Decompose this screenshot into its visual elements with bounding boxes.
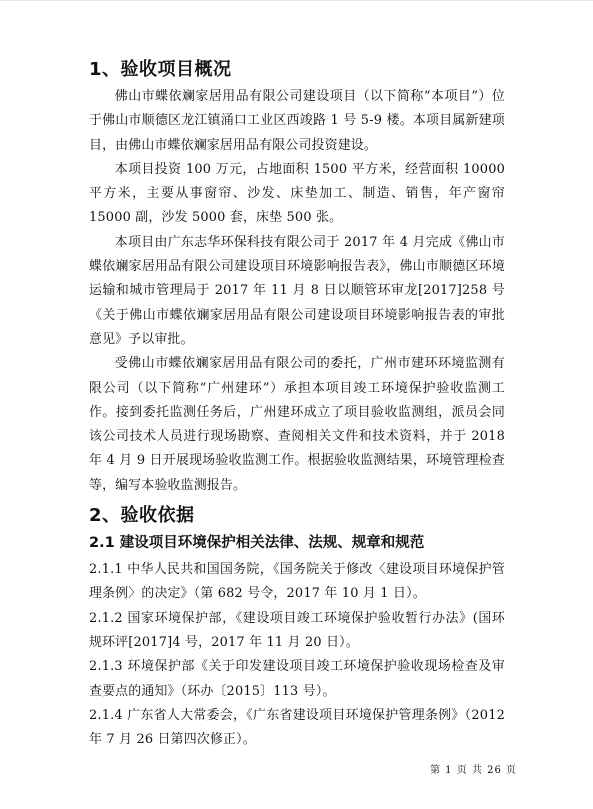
page-number-footer: 第 1 页 共 26 页	[430, 761, 517, 776]
regulation-item-2-1-2: 2.1.2 国家环境保护部，《建设项目竣工环境保护验收暂行办法》(国环规环评[2…	[89, 607, 505, 656]
subsection-2-1-heading: 2.1 建设项目环境保护相关法律、法规、规章和规范	[89, 532, 505, 554]
regulation-item-2-1-4: 2.1.4 广东省人大常委会，《广东省建设项目环境保护管理条例》（2012 年 …	[89, 704, 505, 753]
section-1-paragraph-2: 本项目投资 100 万元，占地面积 1500 平方米，经营面积 10000 平方…	[89, 158, 505, 231]
document-page: 1、验收项目概况 佛山市蝶依斓家居用品有限公司建设项目（以下简称“本项目”）位于…	[89, 58, 505, 752]
section-1-paragraph-3: 本项目由广东志华环保科技有限公司于 2017 年 4 月完成《佛山市蝶依斓家居用…	[89, 231, 505, 352]
section-1-paragraph-1: 佛山市蝶依斓家居用品有限公司建设项目（以下简称“本项目”）位于佛山市顺德区龙江镇…	[89, 85, 505, 158]
page-top-border	[0, 0, 593, 1]
section-1-paragraph-4: 受佛山市蝶依斓家居用品有限公司的委托，广州市建环环境监测有限公司（以下简称“广州…	[89, 352, 505, 498]
regulation-item-2-1-3: 2.1.3 环境保护部《关于印发建设项目竣工环境保护验收现场检查及审查要点的通知…	[89, 655, 505, 704]
section-1-heading: 1、验收项目概况	[89, 58, 505, 82]
regulation-item-2-1-1: 2.1.1 中华人民共和国国务院，《国务院关于修改〈建设项目环境保护管理条例〉的…	[89, 558, 505, 607]
section-2-heading: 2、验收依据	[89, 504, 505, 528]
